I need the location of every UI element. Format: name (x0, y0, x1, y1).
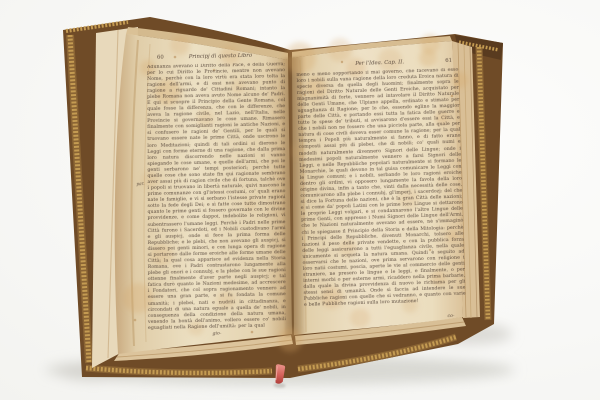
left-page-text: 60 Principj di questo Libro Adunanza ave… (147, 52, 286, 338)
running-title-left: Principj di questo Libro (164, 52, 285, 61)
photo-of-antique-open-book: 60 Principj di questo Libro Adunanza ave… (0, 0, 600, 400)
left-page-body: Adunanza avevano il Diritto della Pace, … (147, 62, 286, 333)
right-page-body: meno e meno sopportando il mal governo, … (296, 67, 466, 318)
folio-number-right: 61 (445, 58, 458, 65)
left-page-marginal-note: par. (136, 181, 144, 187)
right-page-text: Per l'Idea. Cap. II. 61 meno e meno sopp… (296, 58, 467, 325)
folio-number-left: 60 (147, 55, 164, 62)
